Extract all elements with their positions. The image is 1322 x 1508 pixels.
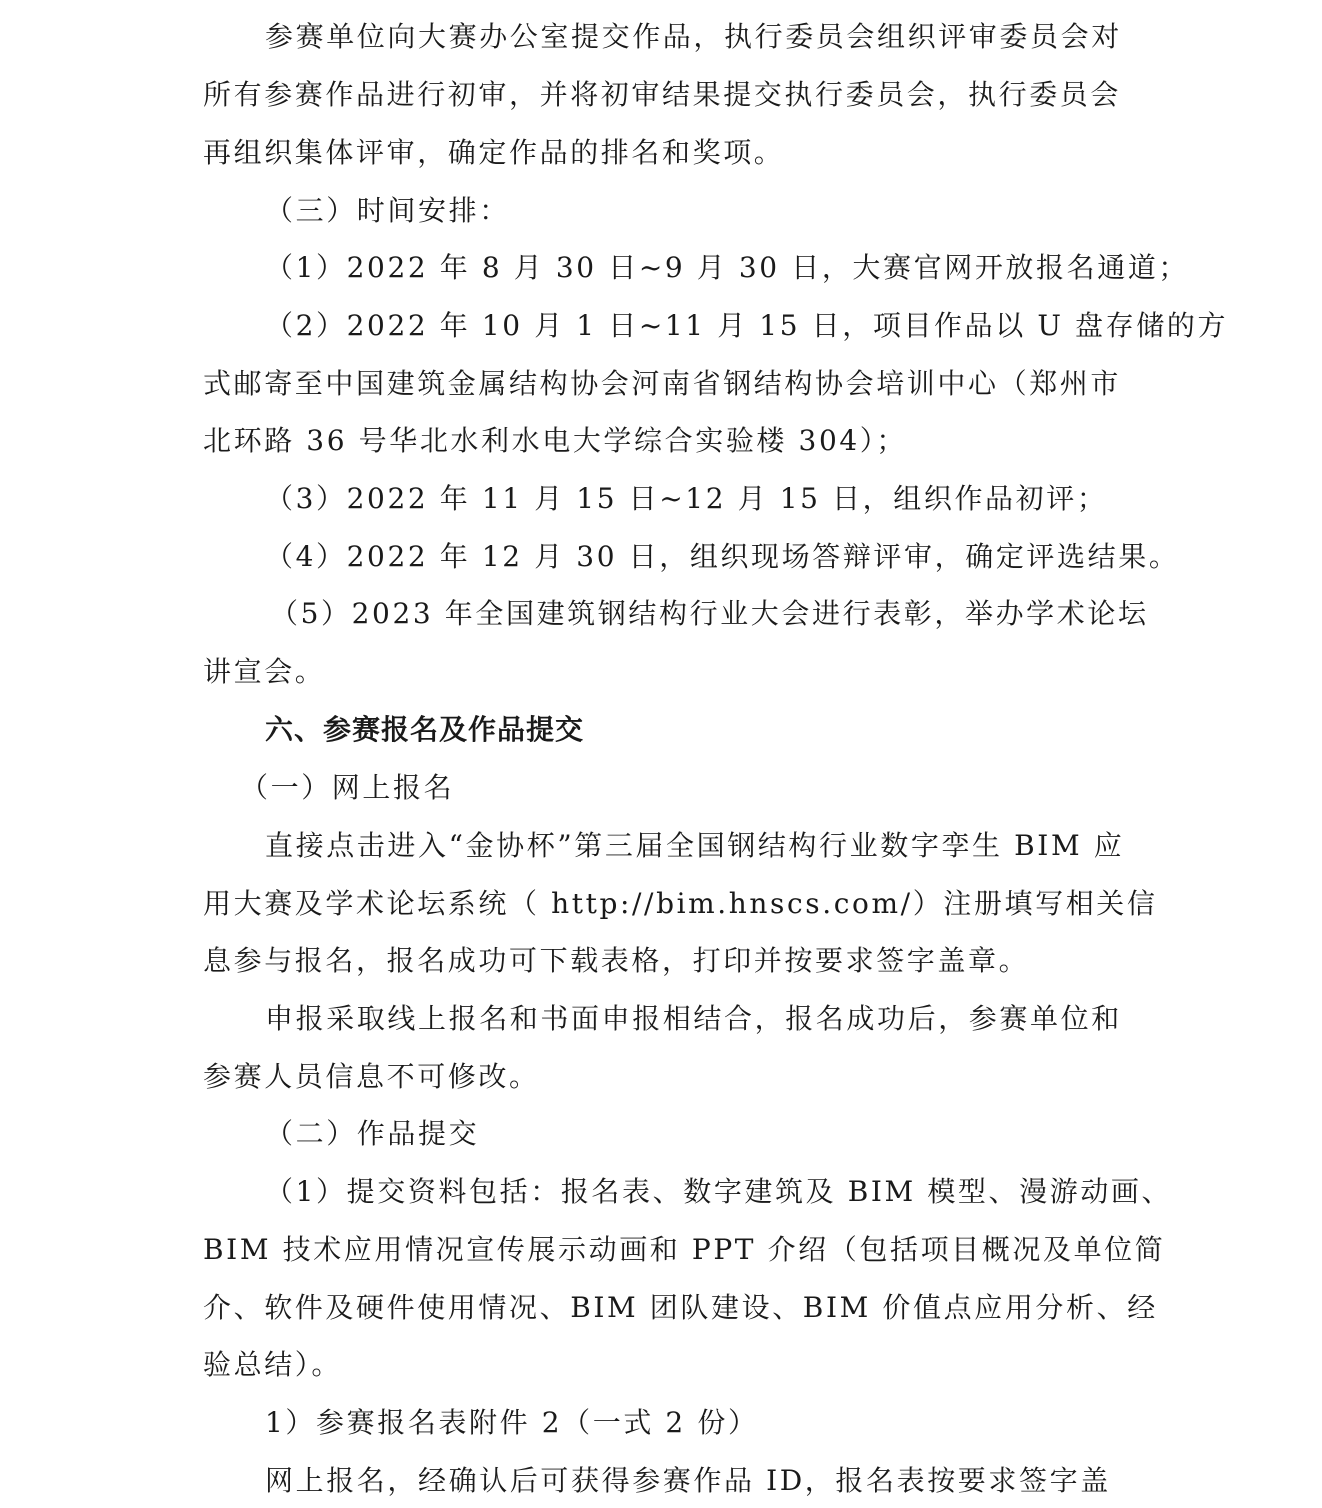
schedule-item-5-line-1: （5）2023 年全国建筑钢结构行业大会进行表彰，举办学术论坛	[270, 594, 1149, 634]
schedule-item-4: （4）2022 年 12 月 30 日，组织现场答辩评审，确定评选结果。	[265, 537, 1179, 577]
section-six-heading: 六、参赛报名及作品提交	[265, 710, 584, 750]
schedule-item-2-line-1: （2）2022 年 10 月 1 日~11 月 15 日，项目作品以 U 盘存储…	[265, 306, 1228, 346]
submission-item-1-line-4: 验总结）。	[203, 1345, 342, 1385]
schedule-item-5-line-2: 讲宣会。	[203, 652, 325, 692]
schedule-item-1: （1）2022 年 8 月 30 日~9 月 30 日，大赛官网开放报名通道；	[265, 248, 1189, 288]
submission-item-1-line-2: BIM 技术应用情况宣传展示动画和 PPT 介绍（包括项目概况及单位简	[203, 1230, 1165, 1270]
application-paragraph-line-1: 申报采取线上报名和书面申报相结合，报名成功后，参赛单位和	[265, 999, 1122, 1039]
paragraph-review-line-2: 所有参赛作品进行初审，并将初审结果提交执行委员会，执行委员会	[203, 75, 1121, 115]
registration-form-paragraph-line-1: 网上报名，经确认后可获得参赛作品 ID，报名表按要求签字盖	[265, 1461, 1111, 1501]
registration-paragraph-line-1: 直接点击进入“金协杯”第三届全国钢结构行业数字孪生 BIM 应	[265, 826, 1124, 866]
subsection-submission: （二）作品提交	[265, 1114, 479, 1154]
submission-item-1-line-1: （1）提交资料包括：报名表、数字建筑及 BIM 模型、漫游动画、	[265, 1172, 1172, 1212]
schedule-item-3: （3）2022 年 11 月 15 日~12 月 15 日，组织作品初评；	[265, 479, 1107, 519]
paragraph-review-line-1: 参赛单位向大赛办公室提交作品，执行委员会组织评审委员会对	[265, 17, 1122, 57]
document-page: 参赛单位向大赛办公室提交作品，执行委员会组织评审委员会对 所有参赛作品进行初审，…	[0, 0, 1322, 1508]
section-schedule-heading: （三）时间安排：	[265, 191, 510, 231]
subsection-online-registration: （一）网上报名	[240, 768, 454, 808]
registration-form-item: 1）参赛报名表附件 2（一式 2 份）	[265, 1403, 759, 1443]
schedule-item-2-line-2: 式邮寄至中国建筑金属结构协会河南省钢结构协会培训中心（郑州市	[203, 364, 1121, 404]
registration-paragraph-line-3: 息参与报名，报名成功可下载表格，打印并按要求签字盖章。	[203, 941, 1029, 981]
submission-item-1-line-3: 介、软件及硬件使用情况、BIM 团队建设、BIM 价值点应用分析、经	[203, 1288, 1158, 1328]
paragraph-review-line-3: 再组织集体评审，确定作品的排名和奖项。	[203, 133, 784, 173]
registration-paragraph-line-2: 用大赛及学术论坛系统（ http://bim.hnscs.com/）注册填写相关…	[203, 884, 1158, 924]
schedule-item-2-line-3: 北环路 36 号华北水利水电大学综合实验楼 304）；	[203, 421, 907, 461]
application-paragraph-line-2: 参赛人员信息不可修改。	[203, 1057, 540, 1097]
